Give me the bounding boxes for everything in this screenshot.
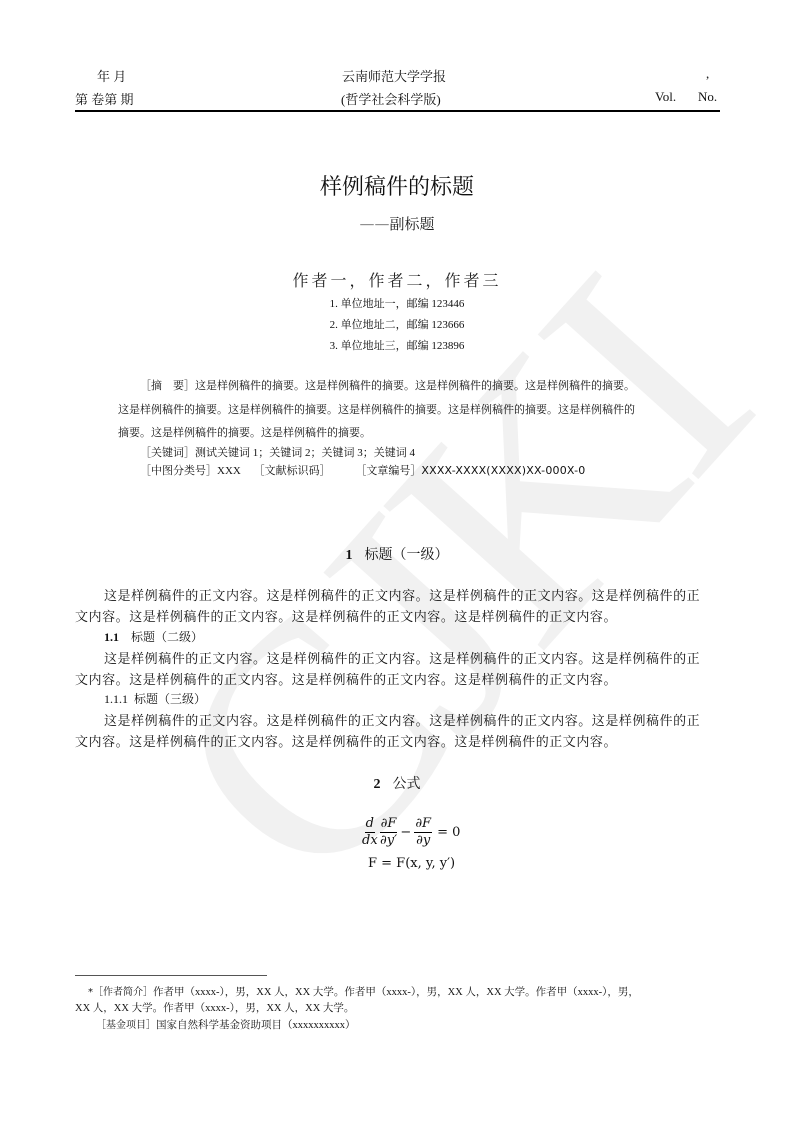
abstract-label: ［摘 要］ bbox=[140, 379, 195, 392]
section-1-1-1-title: 标题（三级） bbox=[134, 692, 206, 706]
equation-2: F = F(x, y, y′) bbox=[368, 856, 455, 871]
author-bio-line-2: XX 人，XX 大学。作者甲（xxxx-），男，XX 人，XX 大学。 bbox=[75, 1000, 354, 1015]
fraction-d-dx: ddx bbox=[362, 816, 378, 849]
keywords-value: 测试关键词 1；关键词 2；关键词 3；关键词 4 bbox=[195, 447, 415, 459]
section-1-1-para-line-2: 文内容。这是样例稿件的正文内容。这是样例稿件的正文内容。这是样例稿件的正文内容。 bbox=[75, 669, 617, 688]
paper-subtitle: ——副标题 bbox=[0, 213, 794, 234]
header-no: No. bbox=[698, 89, 717, 105]
header-rule bbox=[75, 110, 720, 112]
affiliation-3: 3. 单位地址三，邮编 123896 bbox=[0, 337, 794, 353]
abstract-line-2: 这是样例稿件的摘要。这是样例稿件的摘要。这是样例稿件的摘要。这是样例稿件的摘要。… bbox=[118, 401, 635, 417]
header-date: 年 月 bbox=[97, 66, 126, 85]
doc-code-label: ［文献标识码］ bbox=[254, 464, 331, 477]
keywords-line: ［关键词］测试关键词 1；关键词 2；关键词 3；关键词 4 bbox=[140, 444, 415, 460]
journal-edition: (哲学社会科学版) bbox=[341, 89, 441, 108]
section-1-1-1-para-line-1: 这是样例稿件的正文内容。这是样例稿件的正文内容。这是样例稿件的正文内容。这是样例… bbox=[104, 710, 700, 729]
section-1-1-1-para-line-2: 文内容。这是样例稿件的正文内容。这是样例稿件的正文内容。这是样例稿件的正文内容。 bbox=[75, 731, 617, 750]
section-1-number: 1 bbox=[346, 548, 353, 563]
fraction-dF-dy: ∂F∂y bbox=[414, 816, 432, 849]
abstract-line-3: 摘要。这是样例稿件的摘要。这是样例稿件的摘要。 bbox=[118, 424, 371, 440]
section-1-1-1-heading: 1.1.1标题（三级） bbox=[104, 690, 206, 707]
author-list: 作者一，作者二，作者三 bbox=[0, 268, 794, 291]
article-id-label: ［文章编号］ bbox=[355, 464, 421, 477]
abstract-text-1: 这是样例稿件的摘要。这是样例稿件的摘要。这是样例稿件的摘要。这是样例稿件的摘要。 bbox=[195, 380, 635, 392]
equation-1: ddx∂F∂y′−∂F∂y= 0 bbox=[361, 816, 460, 849]
article-id-value: XXXX-XXXX(XXXX)XX-000X-0 bbox=[421, 464, 585, 477]
journal-name: 云南师范大学学报 bbox=[342, 66, 446, 85]
paper-title: 样例稿件的标题 bbox=[0, 170, 794, 201]
section-1-1-para-line-1: 这是样例稿件的正文内容。这是样例稿件的正文内容。这是样例稿件的正文内容。这是样例… bbox=[104, 648, 700, 667]
document-page: CJKI 年 月 第 卷第 期 云南师范大学学报 (哲学社会科学版) , Vol… bbox=[0, 0, 794, 1123]
affiliation-2: 2. 单位地址二，邮编 123666 bbox=[0, 316, 794, 332]
abstract-line-1: ［摘 要］这是样例稿件的摘要。这是样例稿件的摘要。这是样例稿件的摘要。这是样例稿… bbox=[140, 377, 635, 393]
affiliation-1: 1. 单位地址一，邮编 123446 bbox=[0, 295, 794, 311]
section-1-1-1-number: 1.1.1 bbox=[104, 692, 128, 706]
section-1-para-line-1: 这是样例稿件的正文内容。这是样例稿件的正文内容。这是样例稿件的正文内容。这是样例… bbox=[104, 585, 700, 604]
minus-sign: − bbox=[400, 825, 411, 840]
section-1-heading: 1标题（一级） bbox=[0, 544, 794, 564]
equation-1-rhs: = 0 bbox=[437, 825, 460, 840]
header-comma: , bbox=[706, 66, 709, 82]
section-1-1-number: 1.1 bbox=[104, 630, 119, 644]
header-vol: Vol. bbox=[655, 89, 676, 105]
section-1-1-heading: 1.1标题（二级） bbox=[104, 628, 203, 645]
clc-value: XXX bbox=[217, 465, 241, 477]
fund-value: 国家自然科学基金资助项目（xxxxxxxxxx） bbox=[156, 1020, 356, 1031]
section-2-heading: 2公式 bbox=[0, 773, 794, 793]
author-bio-line-1: *［作者简介］作者甲（xxxx-），男，XX 人，XX 大学。作者甲（xxxx-… bbox=[88, 983, 639, 999]
keywords-label: ［关键词］ bbox=[140, 446, 195, 459]
header-volume-issue: 第 卷第 期 bbox=[75, 89, 134, 108]
fund-line: ［基金项目］国家自然科学基金资助项目（xxxxxxxxxx） bbox=[96, 1016, 356, 1032]
section-1-para-line-2: 文内容。这是样例稿件的正文内容。这是样例稿件的正文内容。这是样例稿件的正文内容。 bbox=[75, 606, 617, 625]
classification-line: ［中图分类号］XXX ［文献标识码］ ［文章编号］XXXX-XXXX(XXXX)… bbox=[140, 462, 585, 478]
footnote-rule bbox=[75, 975, 267, 976]
section-1-1-title: 标题（二级） bbox=[131, 630, 203, 644]
author-bio-label: *［作者简介］ bbox=[88, 987, 153, 998]
section-2-number: 2 bbox=[374, 777, 381, 792]
clc-label: ［中图分类号］ bbox=[140, 464, 217, 477]
section-2-title: 公式 bbox=[393, 776, 421, 792]
author-bio-text-1: 作者甲（xxxx-），男，XX 人，XX 大学。作者甲（xxxx-），男，XX … bbox=[153, 987, 639, 998]
fraction-dF-dyprime: ∂F∂y′ bbox=[380, 816, 398, 849]
fund-label: ［基金项目］ bbox=[96, 1020, 156, 1031]
section-1-title: 标题（一级） bbox=[365, 547, 449, 563]
